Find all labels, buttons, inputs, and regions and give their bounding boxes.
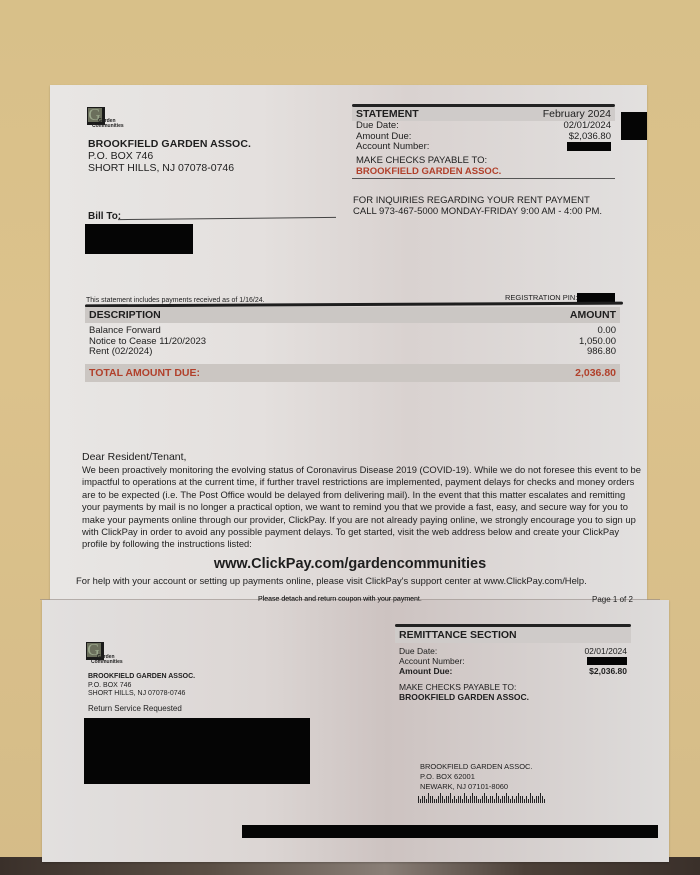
charge-description: Rent (02/2024)	[89, 347, 152, 358]
total-label: TOTAL AMOUNT DUE:	[89, 367, 200, 379]
remit-payable-to: BROOKFIELD GARDEN ASSOC.	[399, 692, 529, 702]
remit-account-redacted	[587, 657, 627, 665]
charges-lines: Balance Forward 0.00 Notice to Cease 11/…	[85, 326, 620, 358]
remit-address-name: BROOKFIELD GARDEN ASSOC.	[420, 762, 533, 772]
clickpay-help: For help with your account or setting up…	[76, 575, 587, 586]
covid-letter: Dear Resident/Tenant, We been proactivel…	[82, 451, 642, 551]
remit-payable-to-row: BROOKFIELD GARDEN ASSOC.	[395, 692, 631, 702]
letter-body: We been proactively monitoring the evolv…	[82, 464, 642, 551]
remit-amount-value: $2,036.80	[589, 666, 627, 677]
charge-amount: 986.80	[587, 347, 616, 358]
bill-to-label: Bill To:	[88, 211, 121, 222]
logo-line2: Communities	[92, 124, 124, 129]
statement-period: February 2024	[543, 108, 611, 120]
sender-name: BROOKFIELD GARDEN ASSOC.	[88, 138, 251, 150]
redacted-block	[621, 112, 647, 140]
remit-payable-label: MAKE CHECKS PAYABLE TO:	[399, 682, 516, 692]
account-number-row: Account Number:	[352, 142, 615, 153]
clickpay-url[interactable]: www.ClickPay.com/gardencommunities	[0, 556, 700, 572]
amount-due-value: $2,036.80	[569, 132, 611, 143]
charge-line: Notice to Cease 11/20/2023 1,050.00	[85, 337, 620, 348]
statement-bottom-rule	[352, 178, 615, 179]
account-number-label: Account Number:	[356, 142, 429, 153]
return-service: Return Service Requested	[88, 704, 182, 713]
remit-due-date-value: 02/01/2024	[584, 647, 627, 657]
coupon-sender-address2: SHORT HILLS, NJ 07078-0746	[88, 690, 195, 699]
scanline-redacted	[242, 825, 658, 838]
logo-text: Garden Communities	[98, 119, 124, 129]
statement-title: STATEMENT	[356, 108, 419, 120]
charge-description: Balance Forward	[89, 326, 161, 337]
charge-amount: 0.00	[598, 326, 617, 337]
total-value: 2,036.80	[575, 367, 616, 379]
remit-address: BROOKFIELD GARDEN ASSOC. P.O. BOX 62001 …	[420, 762, 533, 792]
remit-amount-row: Amount Due: $2,036.80	[395, 666, 631, 677]
registration-pin: REGISTRATION PIN:	[505, 293, 615, 302]
charges-header: DESCRIPTION AMOUNT	[85, 307, 620, 323]
registration-pin-label: REGISTRATION PIN:	[505, 293, 577, 302]
amount-header: AMOUNT	[570, 309, 616, 321]
inquiries-note: FOR INQUIRIES REGARDING YOUR RENT PAYMEN…	[353, 195, 602, 217]
description-header: DESCRIPTION	[89, 309, 161, 321]
payable-label: MAKE CHECKS PAYABLE TO:	[356, 156, 487, 167]
remittance-title: REMITTANCE SECTION	[395, 627, 631, 643]
statement-header: STATEMENT February 2024	[352, 107, 615, 121]
bill-to-address-redacted	[85, 224, 193, 254]
inquiries-line2: CALL 973-467-5000 MONDAY-FRIDAY 9:00 AM …	[353, 206, 602, 217]
due-date-row: Due Date: 02/01/2024	[352, 121, 615, 132]
charge-line: Balance Forward 0.00	[85, 326, 620, 337]
remit-address-line2: NEWARK, NJ 07101-8060	[420, 782, 533, 792]
remittance-box: REMITTANCE SECTION Due Date: 02/01/2024 …	[395, 624, 631, 702]
statement-box: STATEMENT February 2024 Due Date: 02/01/…	[352, 104, 615, 179]
sender-address2: SHORT HILLS, NJ 07078-0746	[88, 162, 251, 174]
total-row: TOTAL AMOUNT DUE: 2,036.80	[85, 364, 620, 382]
page-number: Page 1 of 2	[592, 595, 633, 604]
detach-note-visible: Please detach and return coupon with you…	[258, 596, 422, 603]
payable-to: BROOKFIELD GARDEN ASSOC.	[352, 166, 615, 177]
letter-salutation: Dear Resident/Tenant,	[82, 451, 642, 464]
payable-row: MAKE CHECKS PAYABLE TO:	[352, 156, 615, 167]
coupon-logo-line2: Communities	[91, 660, 123, 665]
charges-table: DESCRIPTION AMOUNT Balance Forward 0.00 …	[85, 307, 620, 382]
remit-amount-label: Amount Due:	[399, 666, 452, 677]
remit-address-line1: P.O. BOX 62001	[420, 772, 533, 782]
registration-pin-redacted	[577, 293, 615, 302]
remit-account-row: Account Number:	[395, 657, 631, 667]
coupon-sender-address1: P.O. BOX 746	[88, 682, 195, 691]
coupon-sender: BROOKFIELD GARDEN ASSOC. P.O. BOX 746 SH…	[88, 673, 195, 699]
sender-address1: P.O. BOX 746	[88, 150, 251, 162]
account-number-redacted	[567, 142, 611, 151]
remit-account-label: Account Number:	[399, 657, 465, 667]
postal-barcode	[418, 793, 545, 803]
remit-payable-row: MAKE CHECKS PAYABLE TO:	[395, 682, 631, 692]
recipient-address-redacted	[84, 718, 310, 784]
due-date-value: 02/01/2024	[563, 121, 611, 132]
due-date-label: Due Date:	[356, 121, 399, 132]
sender-address: BROOKFIELD GARDEN ASSOC. P.O. BOX 746 SH…	[88, 138, 251, 174]
charge-line: Rent (02/2024) 986.80	[85, 347, 620, 358]
coupon-sender-name: BROOKFIELD GARDEN ASSOC.	[88, 673, 195, 682]
coupon-logo-text: Garden Communities	[97, 655, 123, 665]
inquiries-line1: FOR INQUIRIES REGARDING YOUR RENT PAYMEN…	[353, 195, 602, 206]
